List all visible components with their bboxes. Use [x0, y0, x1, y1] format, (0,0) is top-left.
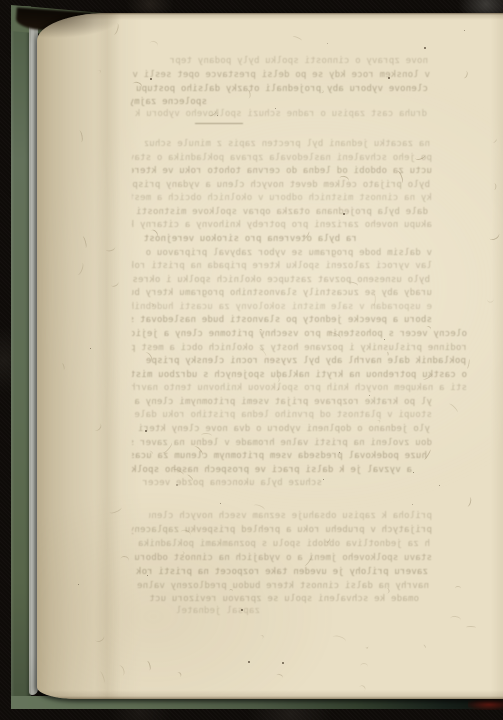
page-gutter-shading	[37, 13, 503, 699]
red-binding-corner	[468, 699, 503, 710]
book-cover-left-edge	[11, 6, 31, 709]
scanned-book-page-photo: nove zpravy o cinnosti spolku byly podan…	[0, 0, 503, 720]
blank-book-page	[37, 13, 503, 699]
